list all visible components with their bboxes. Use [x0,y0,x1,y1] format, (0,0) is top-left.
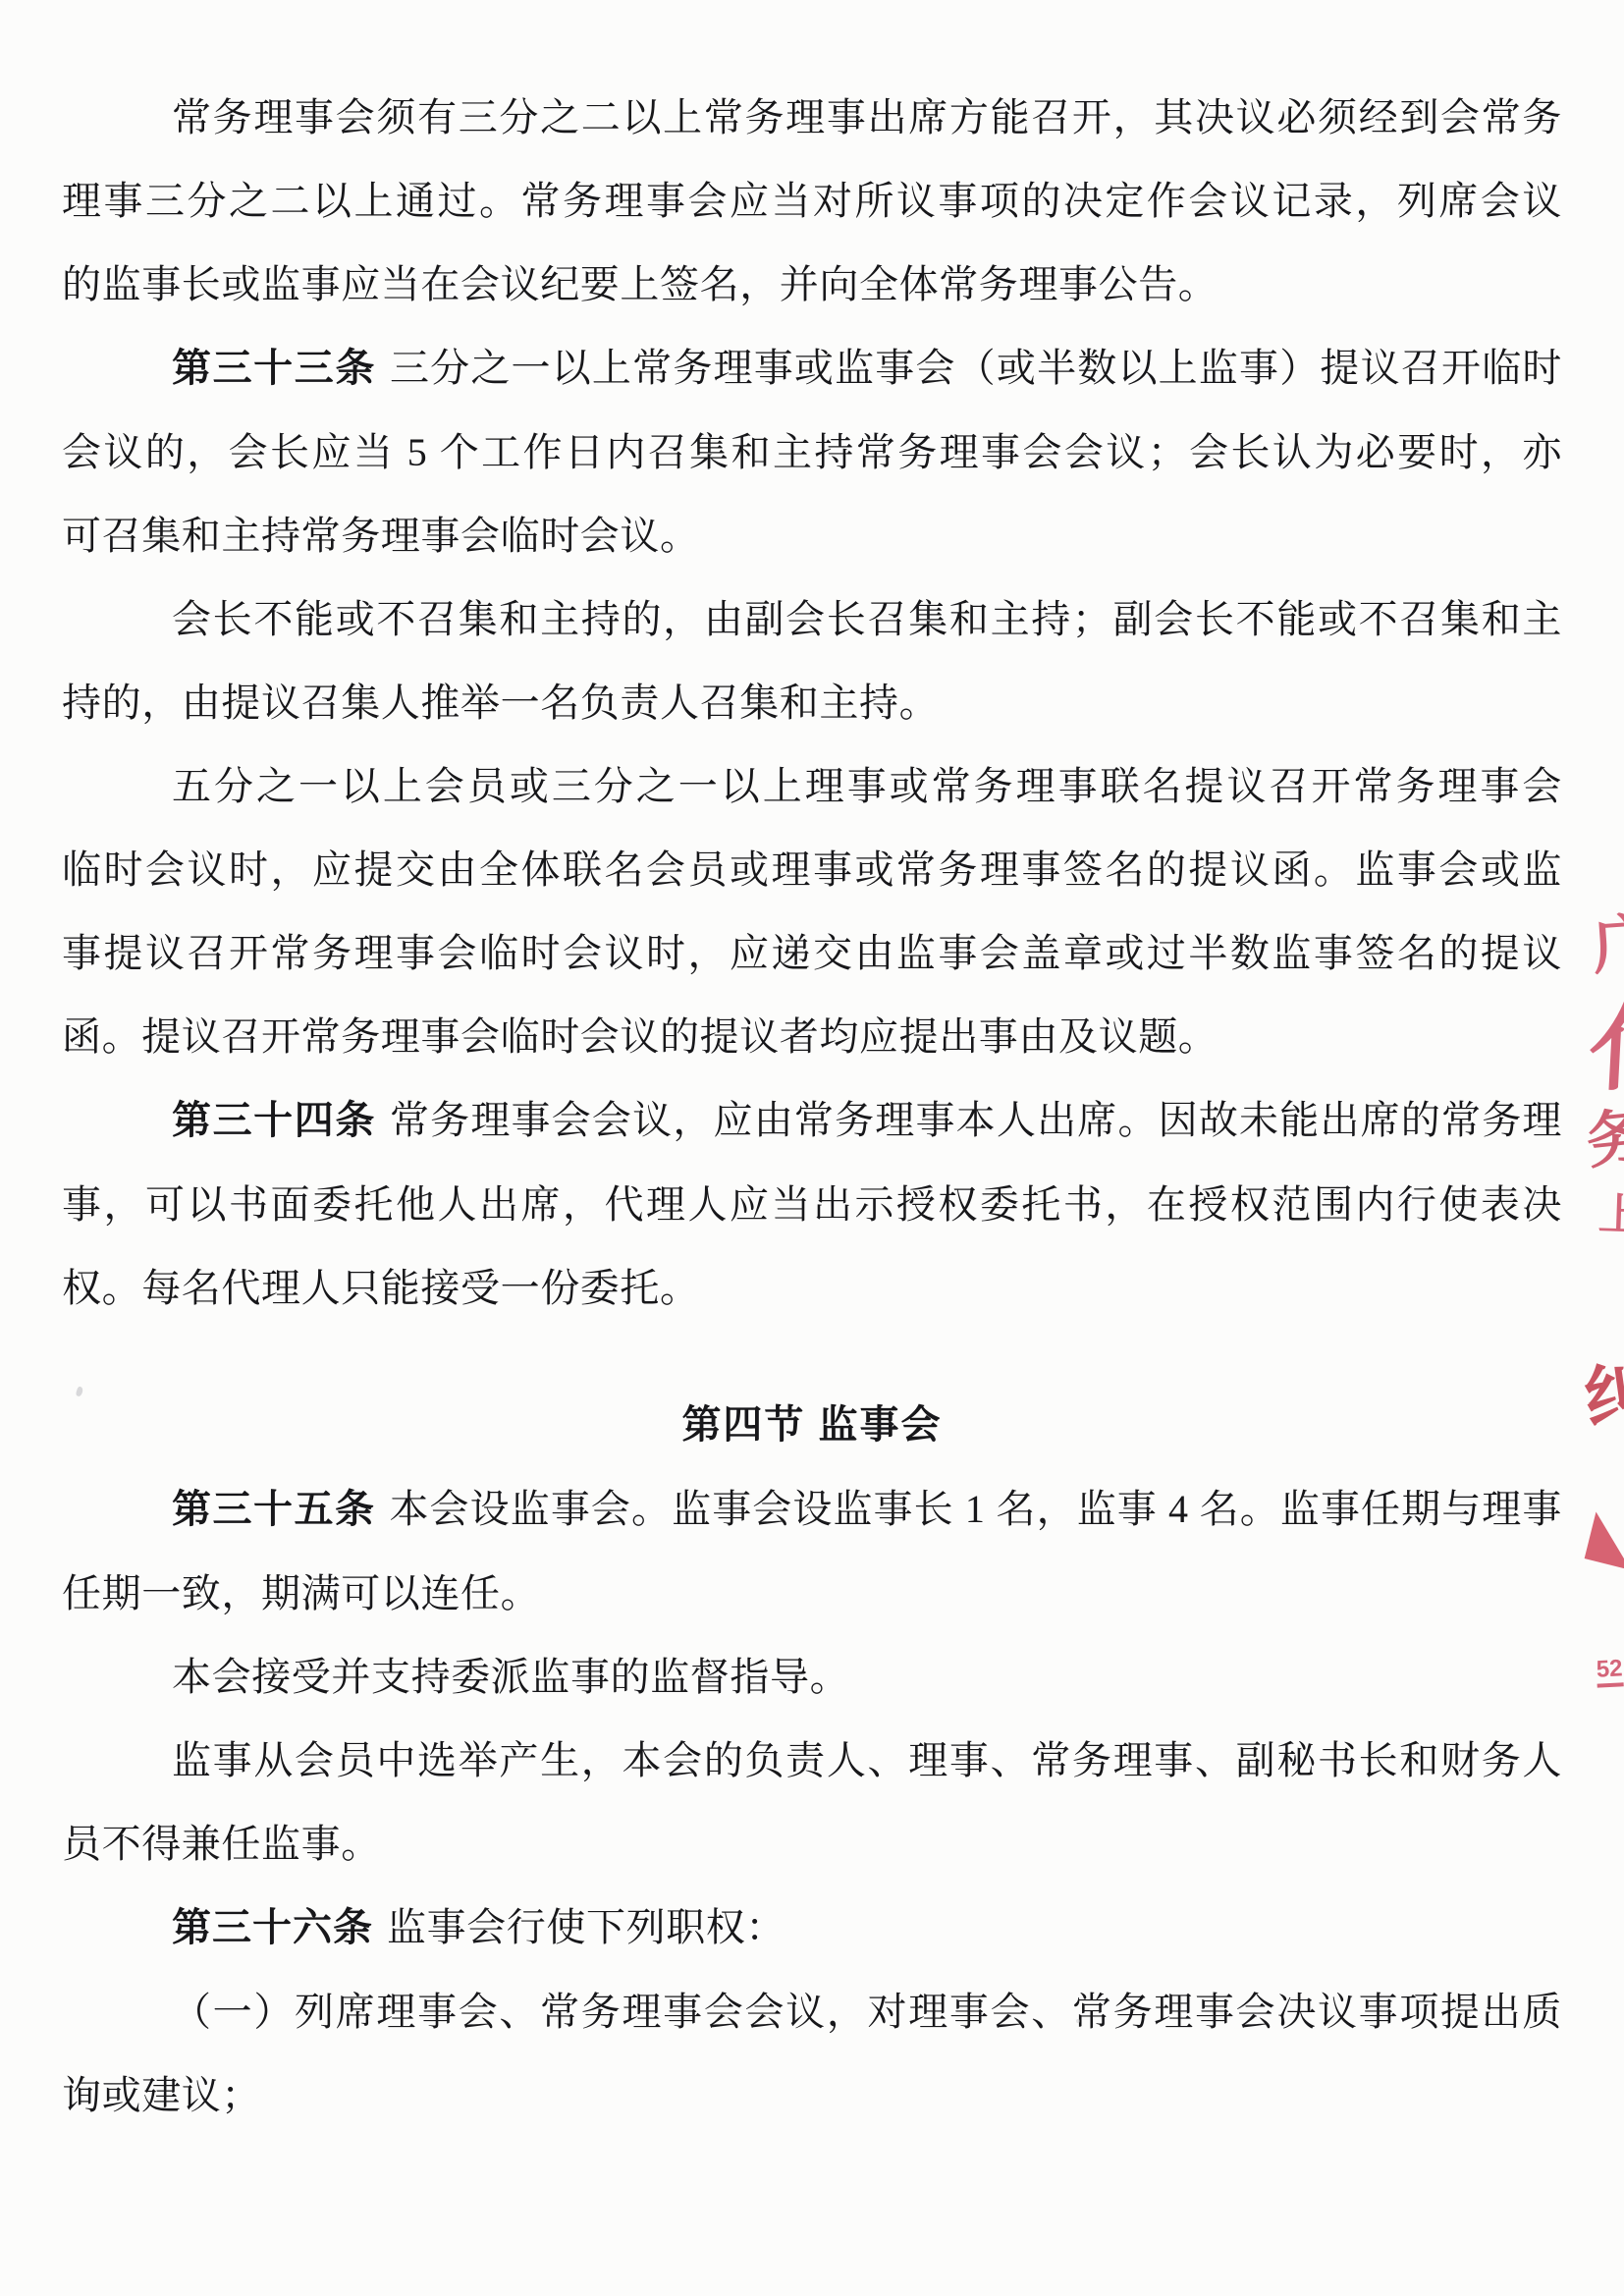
text-line: 会议的，会长应当 5 个工作日内召集和主持常务理事会会议；会长认为必要时，亦 [62,410,1562,494]
article-number-label: 第三十四条 [172,1099,376,1142]
text-line: 任期一致，期满可以连任。 [62,1552,1562,1635]
paragraph: （一）列席理事会、常务理事会会议，对理事会、常务理事会决议事项提出质询或建议； [62,1970,1562,2137]
document-text: 常务理事会须有三分之二以上常务理事出席方能召开，其决议必须经到会常务理事三分之二… [62,76,1562,2137]
text-line: 临时会议时，应提交由全体联名会员或理事或常务理事签名的提议函。监事会或监 [62,828,1562,911]
article-number-label: 第三十五条 [172,1488,375,1531]
red-stamp-fragment: 广 [1591,911,1624,978]
text-line: 询或建议； [62,2053,1562,2137]
text-line: 理事三分之二以上通过。常务理事会应当对所议事项的决定作会议记录，列席会议 [62,159,1562,243]
text-line: （一）列席理事会、常务理事会会议，对理事会、常务理事会决议事项提出质 [62,1970,1562,2053]
paragraph: 第三十三条三分之一以上常务理事或监事会（或半数以上监事）提议召开临时会议的，会长… [62,326,1562,577]
paragraph: 监事从会员中选举产生，本会的负责人、理事、常务理事、副秘书长和财务人员不得兼任监… [62,1719,1562,1886]
text-line: 会长不能或不召集和主持的，由副会长召集和主持；副会长不能或不召集和主 [62,577,1562,661]
text-line: 函。提议召开常务理事会临时会议的提议者均应提出事由及议题。 [62,995,1562,1078]
section-heading: 第四节 监事会 [62,1384,1562,1467]
text-line: 可召集和主持常务理事会临时会议。 [62,494,1562,577]
text-line: 事，可以书面委托他人出席，代理人应当出示授权委托书，在授权范围内行使表决 [62,1163,1562,1246]
text-line: 本会接受并支持委派监事的监督指导。 [62,1635,1562,1719]
text-line: 第三十四条常务理事会会议，应由常务理事本人出席。因故未能出席的常务理 [62,1078,1562,1163]
text-line: 第三十六条监事会行使下列职权： [62,1886,1562,1970]
red-stamp-fragment: 务 [1584,1107,1624,1174]
article-number-label: 第三十六条 [172,1906,373,1949]
paragraph: 第三十五条本会设监事会。监事会设监事长 1 名，监事 4 名。监事任期与理事任期… [62,1467,1562,1635]
text-line: 常务理事会须有三分之二以上常务理事出席方能召开，其决议必须经到会常务 [62,76,1562,159]
text-line: 持的，由提议召集人推举一名负责人召集和主持。 [62,661,1562,744]
paragraph: 会长不能或不召集和主持的，由副会长召集和主持；副会长不能或不召集和主持的，由提议… [62,577,1562,744]
text-line: 员不得兼任监事。 [62,1802,1562,1886]
red-stamp-fragment: 纠 [1580,1356,1624,1434]
paragraph: 第三十六条监事会行使下列职权： [62,1886,1562,1970]
paragraph: 本会接受并支持委派监事的监督指导。 [62,1635,1562,1719]
article-number-label: 第三十三条 [172,347,376,390]
text-line: 第三十三条三分之一以上常务理事或监事会（或半数以上监事）提议召开临时 [62,326,1562,410]
text-line: 监事从会员中选举产生，本会的负责人、理事、常务理事、副秘书长和财务人 [62,1719,1562,1802]
text-line: 事提议召开常务理事会临时会议时，应递交由监事会盖章或过半数监事签名的提议 [62,911,1562,995]
red-stamp-fragment: 52 [1596,1657,1623,1687]
red-stamp-fragment: 亻 [1587,1002,1624,1101]
red-stamp-fragment: ◣ [1584,1500,1624,1572]
text-line: 第三十五条本会设监事会。监事会设监事长 1 名，监事 4 名。监事任期与理事 [62,1467,1562,1552]
red-stamp-fragment: 上 [1597,1193,1624,1238]
text-line: 五分之一以上会员或三分之一以上理事或常务理事联名提议召开常务理事会 [62,744,1562,828]
paragraph: 常务理事会须有三分之二以上常务理事出席方能召开，其决议必须经到会常务理事三分之二… [62,76,1562,326]
text-line: 的监事长或监事应当在会议纪要上签名，并向全体常务理事公告。 [62,243,1562,326]
paragraph: 五分之一以上会员或三分之一以上理事或常务理事联名提议召开常务理事会临时会议时，应… [62,744,1562,1078]
document-page: 常务理事会须有三分之二以上常务理事出席方能召开，其决议必须经到会常务理事三分之二… [0,0,1624,2296]
paragraph: 第三十四条常务理事会会议，应由常务理事本人出席。因故未能出席的常务理事，可以书面… [62,1078,1562,1330]
text-line: 权。每名代理人只能接受一份委托。 [62,1246,1562,1330]
